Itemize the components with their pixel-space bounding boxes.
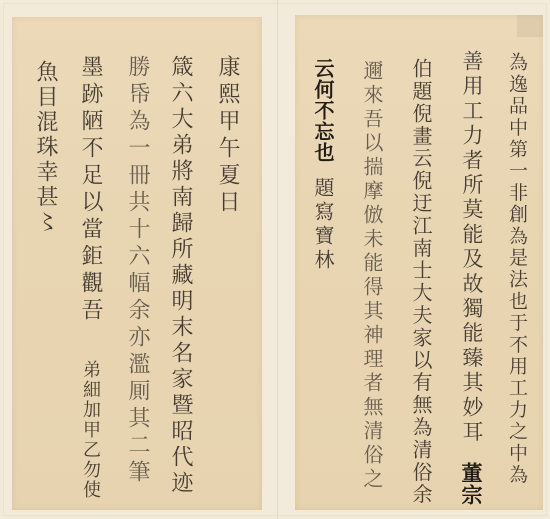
right-leaf-column-2: 善用工力者所莫能及故獨能臻其妙耳	[461, 50, 482, 445]
left-leaf-column-4-continuation: 弟細加甲乙勿使	[81, 360, 99, 500]
right-leaf-column-5-signature: 題寫寶林	[313, 177, 333, 273]
left-leaf-column-2: 箴六大弟將南歸所藏明末名家暨昭代迹	[169, 55, 191, 497]
right-leaf-column-2-signature: 董宗	[461, 462, 482, 506]
right-leaf-column-1: 為逸品中第一非創為是法也于不用工力之中為	[507, 52, 526, 486]
left-leaf-column-5: 魚目混珠幸甚〻	[34, 60, 56, 235]
paper-stain	[517, 15, 543, 37]
left-leaf-column-3: 勝帋為一冊共十六幅余亦濫厠其二筆	[126, 55, 148, 487]
center-fold	[277, 0, 278, 519]
right-leaf-column-4: 邇來吾以揣摩倣未能得其神理者無清俗之	[362, 60, 382, 492]
left-leaf-column-1-date: 康熙甲午夏日	[216, 55, 238, 217]
right-leaf-column-5: 云何不忘也	[313, 58, 333, 163]
left-leaf-column-4: 墨跡陋不足以當鉅觀吾	[79, 55, 101, 325]
right-leaf-column-3: 伯題倪畫云倪迂江南士大夫家以有無為清俗余	[411, 58, 431, 506]
